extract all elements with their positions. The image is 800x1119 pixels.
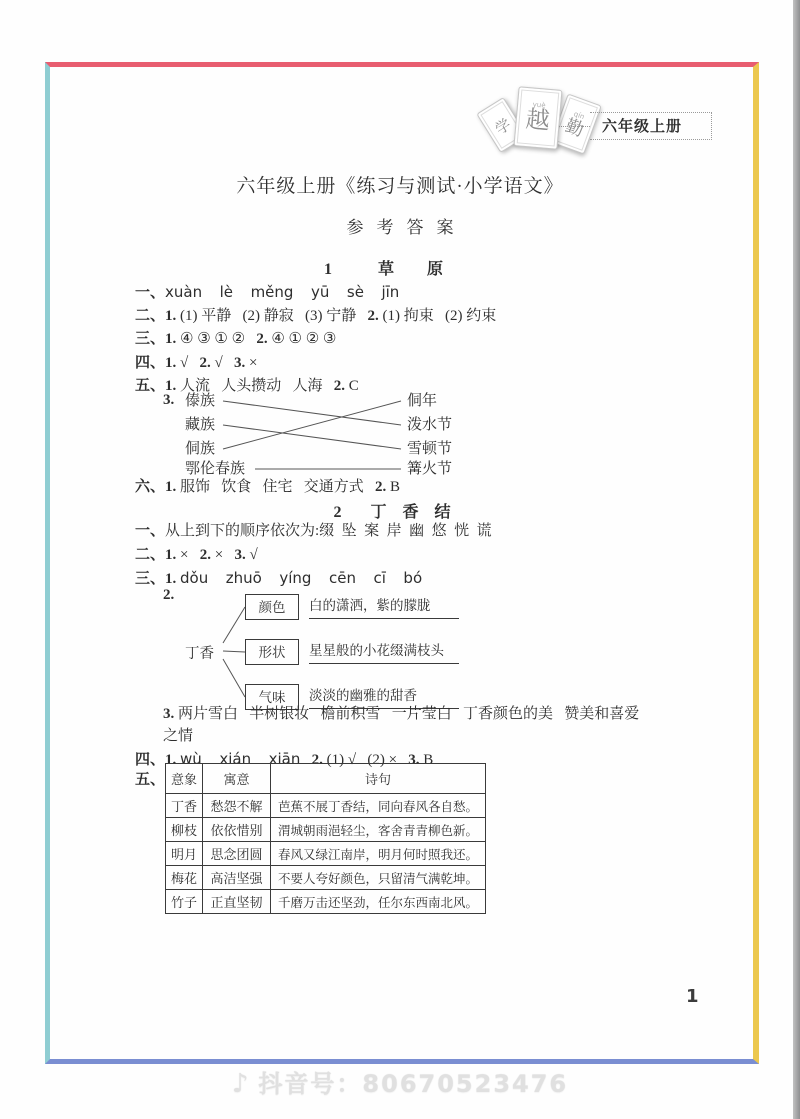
lilac-attribute-diagram: 2. 丁香 颜色白的潇洒，紫的朦胧形状星星般的小花缀满枝头气味淡淡的幽雅的甜香 [135,585,475,717]
text-segment: 3. [163,706,178,722]
section-1-answer-6: 六、1. 服饰 饮食 住宅 交通方式 2. B [135,476,680,500]
watermark-text: 抖音号：80670523476 [258,1070,568,1098]
festival-label: 侗年 [407,392,437,410]
text-segment: ④ ③ ① ② [180,331,245,347]
answer-line: 三、1. ④ ③ ① ② 2. ④ ① ② ③ [135,328,680,352]
text-segment: √ [215,355,223,371]
ethnic-group-label: 侗族 [185,440,215,458]
page-number: 1 [686,986,699,1007]
table-row: 柳枝依依惜别渭城朝雨浥轻尘，客舍青青柳色新。 [166,818,486,842]
text-segment: ④ ① ② ③ [271,331,336,347]
text-segment: 四、 [135,752,165,768]
table-header-cell: 意象 [166,764,203,794]
text-segment: √ [249,547,257,563]
text-segment: × [215,547,223,563]
answer-line: 六、1. 服饰 饮食 住宅 交通方式 2. B [135,476,680,500]
table-cell: 明月 [166,842,203,866]
logo-card: yuè越 [513,86,562,150]
text-segment: 2. [364,479,390,495]
douyin-watermark: ♪抖音号：80670523476 [0,1064,800,1099]
table-row: 丁香愁怨不解芭蕉不展丁香结，同向春风各自愁。 [166,794,486,818]
text-segment: (1) 平静 (2) 静寂 (3) 宁静 [180,308,356,324]
table-cell: 千磨万击还坚劲，任尔东西南北风。 [271,890,486,914]
answer-line: 3. 两片雪白 半树银妆 檐前积雪 一片莹白 丁香颜色的美 赞美和喜爱 [135,703,680,725]
text-segment: xuàn lè měng yū sè jīn [165,283,399,301]
section-1-answers: 一、xuàn lè měng yū sè jīn 二、1. (1) 平静 (2)… [135,281,680,399]
table-cell: 正直坚韧 [203,890,271,914]
table-item-number: 五、 [135,768,165,789]
text-segment: 三、 [135,331,165,347]
imagery-poem-table: 意象寓意诗句丁香愁怨不解芭蕉不展丁香结，同向春风各自愁。柳枝依依惜别渭城朝雨浥轻… [165,763,486,914]
table-row: 明月思念团圆春风又绿江南岸，明月何时照我还。 [166,842,486,866]
table-cell: 柳枝 [166,818,203,842]
answer-line: 二、1. (1) 平静 (2) 静寂 (3) 宁静 2. (1) 拘束 (2) … [135,305,680,329]
table-header-cell: 诗句 [271,764,486,794]
diagram-description: 星星般的小花缀满枝头 [309,642,459,664]
text-segment: 之情 [163,728,193,744]
table-cell: 春风又绿江南岸，明月何时照我还。 [271,842,486,866]
answer-line: 四、1. √ 2. √ 3. × [135,352,680,376]
text-segment: 六、 [135,479,165,495]
table-cell: 渭城朝雨浥轻尘，客舍青青柳色新。 [271,818,486,842]
text-segment: 3. [223,547,249,563]
text-segment: 1. [165,331,180,347]
answer-line: 一、xuàn lè měng yū sè jīn [135,281,680,305]
branch-line [223,651,245,652]
text-segment: 1. [165,308,180,324]
section-title: 草原 [345,261,476,278]
branch-line [223,607,245,643]
logo-card-character: 越 [525,108,551,135]
festival-label: 泼水节 [407,416,452,434]
section-number: 2 [333,504,341,521]
text-segment: (1) 拘束 (2) 约束 [383,308,497,324]
diagram-attribute-box: 形状 [245,639,299,665]
logo-card-character: 学 [494,118,515,139]
corner-tab-grade-label: 六年级上册 [590,112,712,140]
table-row: 梅花高洁坚强不要人夸好颜色，只留清气满乾坤。 [166,866,486,890]
text-segment: 2. [188,547,214,563]
section-1-heading: 1草原 [0,256,800,279]
table-cell: 愁怨不解 [203,794,271,818]
text-segment: × [249,355,257,371]
answer-key-title: 参考答案 [0,213,800,238]
section-2-heading: 2丁香结 [0,499,800,522]
match-line [223,401,401,425]
scan-edge-shadow [793,0,800,1119]
text-segment: 二、 [135,547,165,563]
text-segment: 2. [356,308,382,324]
diagram-description: 白的潇洒，紫的朦胧 [309,597,459,619]
diagram-root-label: 丁香 [185,642,214,663]
table-cell: 芭蕉不展丁香结，同向春风各自愁。 [271,794,486,818]
match-line [223,401,401,449]
music-note-icon: ♪ [232,1069,251,1099]
text-segment: 3. [223,355,249,371]
text-segment: 二、 [135,308,165,324]
section-2-answers-b: 3. 两片雪白 半树银妆 檐前积雪 一片莹白 丁香颜色的美 赞美和喜爱 之情 四… [135,703,680,770]
diagram-attribute-box: 颜色 [245,594,299,620]
text-segment: 2. [188,355,214,371]
section-number: 1 [324,261,332,278]
table-row: 竹子正直坚韧千磨万击还坚劲，任尔东西南北风。 [166,890,486,914]
table-cell: 依依惜别 [203,818,271,842]
section-title: 丁香结 [354,504,466,521]
branch-line [223,659,245,697]
table-cell: 竹子 [166,890,203,914]
logo-card-character: 勤 [563,116,586,140]
answer-line: 之情 [135,725,680,747]
answer-line: 二、1. × 2. × 3. √ [135,544,680,568]
table-cell: 丁香 [166,794,203,818]
matching-exercise: 3. 傣族藏族侗族鄂伦春族 侗年泼水节雪顿节篝火节 [135,391,475,483]
book-title: 六年级上册《练习与测试·小学语文》 [0,171,800,198]
table-header-cell: 寓意 [203,764,271,794]
table-header-row: 意象寓意诗句 [166,764,486,794]
table-cell: 思念团圆 [203,842,271,866]
section-2-answers-a: 一、从上到下的顺序依次为:缀 坠 案 岸 幽 悠 恍 谎 二、1. × 2. ×… [135,520,680,591]
text-segment: 一、 [135,285,165,301]
match-line [223,425,401,449]
table-cell: 梅花 [166,866,203,890]
text-segment: 1. [165,479,180,495]
text-segment: 从上到下的顺序依次为:缀 坠 案 岸 幽 悠 恍 谎 [165,523,492,539]
text-segment: 1. [165,547,180,563]
text-segment: 2. [245,331,271,347]
ethnic-group-label: 藏族 [185,416,215,434]
table-cell: 不要人夸好颜色，只留清气满乾坤。 [271,866,486,890]
text-segment: 一、 [135,523,165,539]
text-segment: 服饰 饮食 住宅 交通方式 [180,479,364,495]
text-segment: B [390,479,400,495]
text-segment: √ [180,355,188,371]
text-segment: 四、 [135,355,165,371]
festival-label: 雪顿节 [407,440,452,458]
answer-line: 一、从上到下的顺序依次为:缀 坠 案 岸 幽 悠 恍 谎 [135,520,680,544]
ethnic-group-label: 傣族 [185,392,215,410]
table-cell: 高洁坚强 [203,866,271,890]
text-segment: 1. [165,355,180,371]
text-segment: 两片雪白 半树银妆 檐前积雪 一片莹白 丁香颜色的美 赞美和喜爱 [178,706,639,722]
scanned-answer-page: 学yuè越qín勤 六年级上册 六年级上册《练习与测试·小学语文》 参考答案 1… [0,0,800,1119]
